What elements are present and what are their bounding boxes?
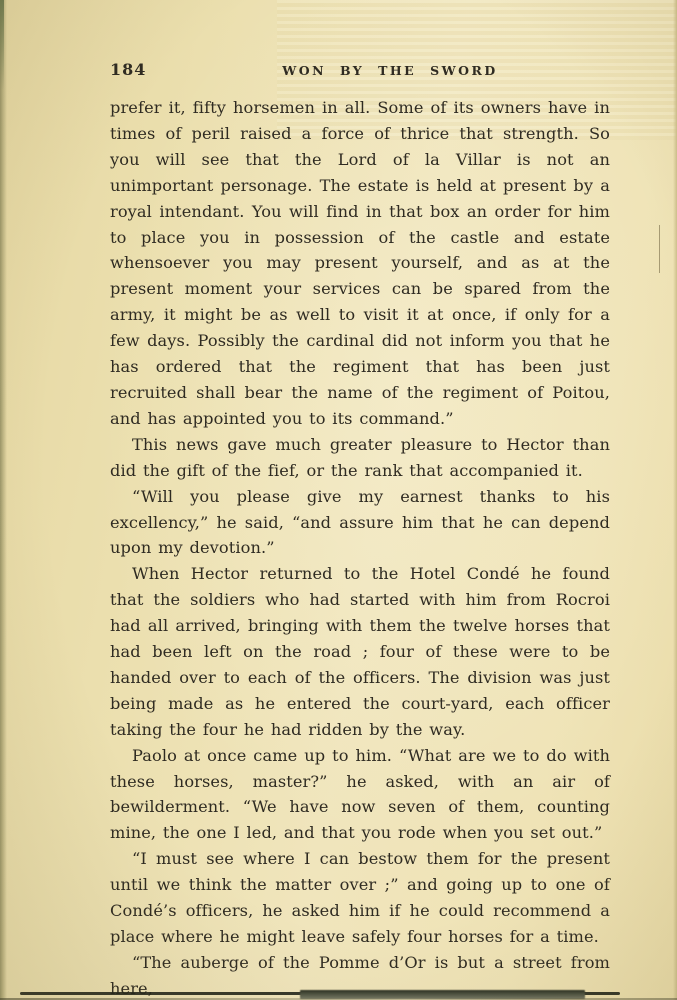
page-left-edge (0, 0, 7, 1000)
page-crease (659, 225, 660, 273)
page-header: 184 WON BY THE SWORD (110, 60, 610, 82)
page-column: 184 WON BY THE SWORD prefer it, fifty ho… (110, 60, 610, 1000)
paragraph: When Hector returned to the Hotel Condé … (110, 561, 610, 742)
paragraph: “I must see where I can bestow them for … (110, 846, 610, 950)
running-title: WON BY THE SWORD (170, 63, 610, 78)
paragraph: This news gave much greater pleasure to … (110, 432, 610, 484)
paragraph: Paolo at once came up to him. “What are … (110, 743, 610, 847)
paragraph: “Will you please give my earnest thanks … (110, 484, 610, 562)
page-right-edge (673, 0, 677, 1000)
paragraph: prefer it, fifty horsemen in all. Some o… (110, 95, 610, 432)
book-page-scan: 184 WON BY THE SWORD prefer it, fifty ho… (0, 0, 677, 1000)
page-number: 184 (110, 60, 146, 79)
paragraphs: prefer it, fifty horsemen in all. Some o… (110, 95, 610, 1000)
page-left-edge-top (0, 0, 4, 90)
